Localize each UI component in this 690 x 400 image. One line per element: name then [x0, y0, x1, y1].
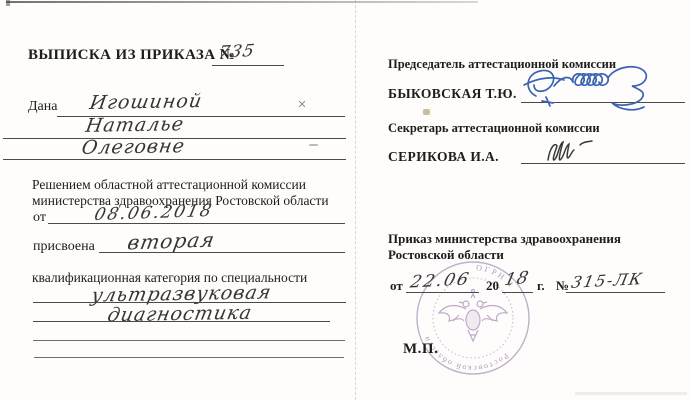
scanned-document: ВЫПИСКА ИЗ ПРИКАЗА № 735 Дана Игошиной Н…	[0, 0, 690, 400]
category-rule	[99, 252, 345, 253]
specialty-handwritten-line2: диагностика	[106, 302, 255, 327]
blank-rule	[33, 340, 345, 341]
recipient-firstname: Наталье	[84, 113, 186, 137]
scan-speck	[299, 101, 305, 107]
scan-artifact-corner	[6, 0, 10, 6]
order-number-rule-right	[566, 292, 665, 293]
document-title: ВЫПИСКА ИЗ ПРИКАЗА №	[28, 47, 235, 64]
specialty-rule-2	[33, 321, 330, 322]
secretary-title: Секретарь аттестационной комиссии	[388, 121, 600, 136]
scan-smudge	[423, 109, 430, 115]
recipient-surname: Игошиной	[88, 90, 204, 114]
seal-placeholder-label: М.П.	[403, 341, 438, 358]
given-label: Дана	[28, 99, 57, 115]
year-rule	[502, 292, 533, 293]
chairman-name: БЫКОВСКАЯ Т.Ю.	[388, 86, 517, 102]
order-date-rule	[406, 292, 479, 293]
chairman-signature	[520, 64, 670, 122]
order-reference-line1: Приказ министерства здравоохранения	[388, 231, 621, 247]
eagle-emblem	[439, 290, 507, 342]
page-seam	[355, 0, 356, 400]
order-number-rule	[212, 65, 284, 66]
decision-date-handwritten: 08.06.2018	[92, 201, 215, 225]
decision-date-rule	[48, 223, 345, 224]
year-handwritten: 18	[502, 268, 531, 290]
category-handwritten: вторая	[126, 227, 217, 254]
name-rule-3	[3, 159, 346, 160]
order-from-label: от	[390, 278, 403, 294]
blank-rule	[34, 357, 344, 358]
scan-smudge	[575, 392, 687, 395]
recipient-patronymic: Олеговне	[80, 135, 187, 159]
assigned-label: присвоена	[33, 239, 95, 255]
secretary-name: СЕРИКОВА И.А.	[388, 149, 499, 165]
from-label: от	[33, 210, 46, 226]
order-date-handwritten: 22.06	[408, 269, 472, 292]
scan-artifact-top-edge	[6, 1, 478, 3]
order-number-handwritten-right: 315-ЛК	[570, 269, 645, 292]
year-suffix: г.	[537, 278, 545, 294]
scan-speck	[309, 144, 318, 146]
secretary-signature	[542, 137, 604, 165]
decision-text-line1: Решением областной аттестационной комисс…	[32, 177, 306, 193]
year-prefix: 20	[486, 278, 499, 294]
order-number-handwritten: 735	[217, 41, 257, 63]
